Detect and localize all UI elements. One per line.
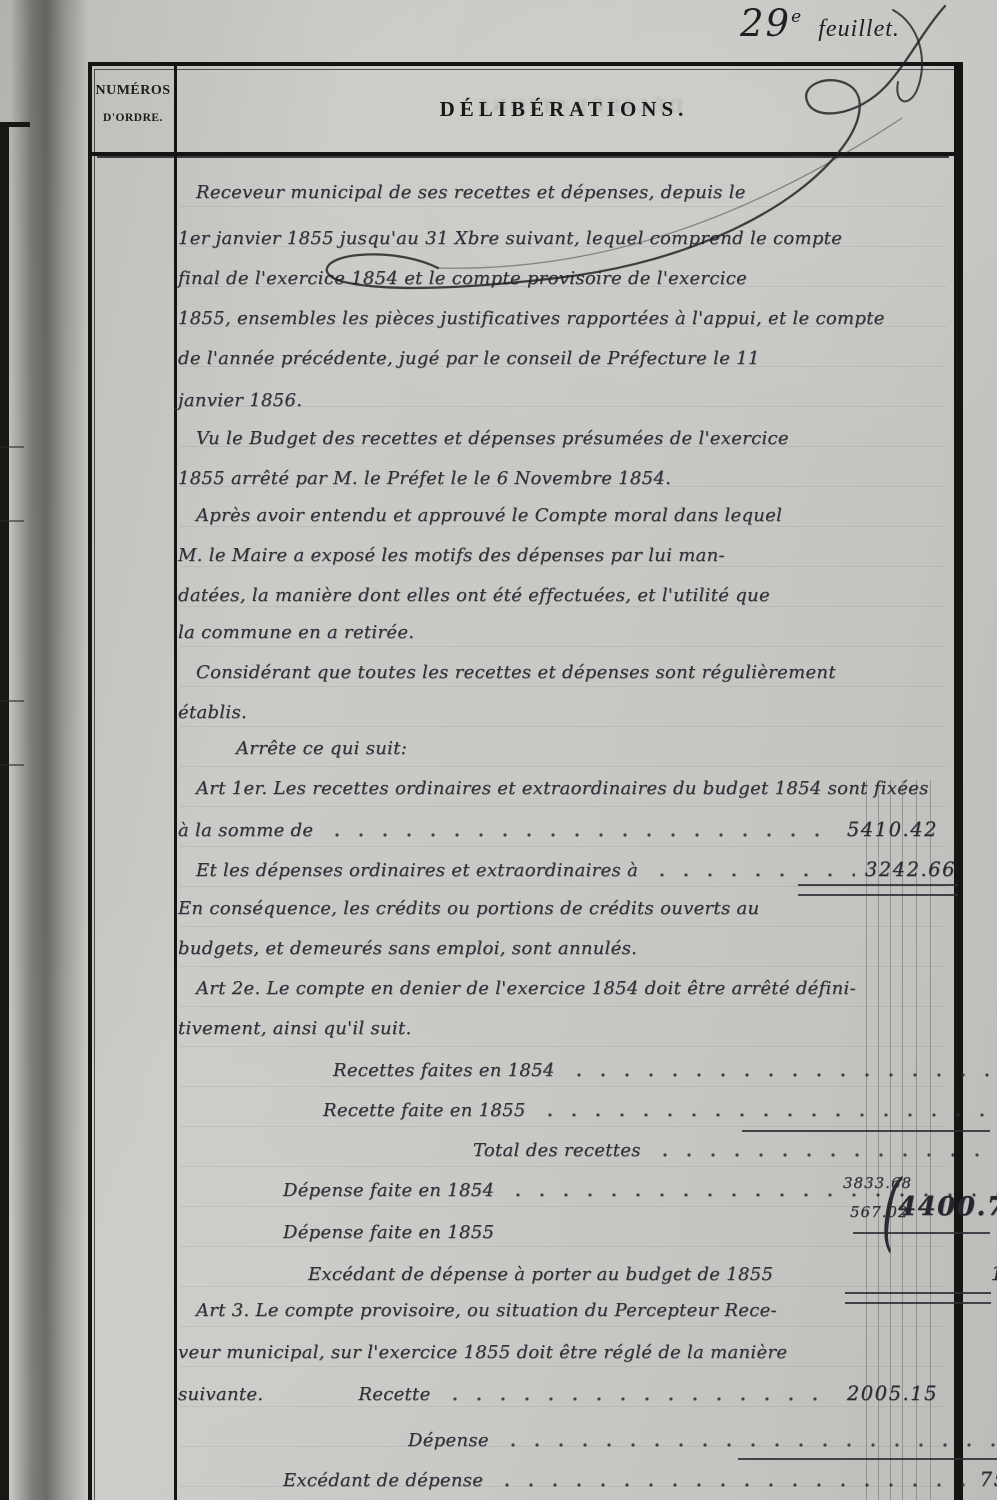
manuscript-text: 1er janvier 1855 jusqu'au 31 Xbre suivan… <box>178 228 842 249</box>
column-divider <box>174 152 177 1500</box>
manuscript-line: Dépense2190.07 <box>178 1428 997 1451</box>
manuscript-line: Arrête ce qui suit: <box>178 738 997 759</box>
manuscript-text: Art 2e. Le compte en denier de l'exercic… <box>196 978 856 999</box>
manuscript-text: veur municipal, sur l'exercice 1855 doit… <box>178 1342 787 1363</box>
manuscript-text: Art 3. Le compte provisoire, ou situatio… <box>196 1300 777 1321</box>
manuscript-line: Excédant de dépense75.92 <box>178 1468 997 1491</box>
manuscript-text: de l'année précédente, jugé par le conse… <box>178 348 760 369</box>
manuscript-text: Excédant de dépense <box>283 1470 483 1491</box>
amount-underline <box>738 1458 997 1460</box>
amount-value: 174.47 <box>991 1262 997 1285</box>
manuscript-line: M. le Maire a exposé les motifs des dépe… <box>178 545 952 566</box>
manuscript-text: Dépense faite en 1855 <box>283 1222 494 1243</box>
manuscript-line: 1855, ensembles les pièces justificative… <box>178 308 952 329</box>
manuscript-text: la commune en a retirée. <box>178 622 414 643</box>
depenses-total-amount: 4400.70 <box>898 1192 997 1222</box>
manuscript-text: Et les dépenses ordinaires et extraordin… <box>196 860 638 881</box>
manuscript-text: Considérant que toutes les recettes et d… <box>196 662 836 683</box>
manuscript-line: Receveur municipal de ses recettes et dé… <box>178 182 970 203</box>
manuscript-text: suivante. <box>178 1384 263 1405</box>
manuscript-line: En conséquence, les crédits ou portions … <box>178 898 952 919</box>
scanned-register-page: 29e feuillet. NUMÉROS D'ORDRE. DÉLIBÉRAT… <box>0 0 997 1500</box>
manuscript-text: M. le Maire a exposé les motifs des dépe… <box>178 545 725 566</box>
manuscript-line: budgets, et demeurés sans emploi, sont a… <box>178 938 952 959</box>
facing-page-border <box>0 126 9 1500</box>
amount-double-underline <box>845 1292 991 1304</box>
manuscript-line: veur municipal, sur l'exercice 1855 doit… <box>178 1342 952 1363</box>
manuscript-line: établis. <box>178 702 952 723</box>
manuscript-line: suivante.Recette2005.15 <box>178 1382 952 1405</box>
manuscript-text: Art 1er. Les recettes ordinaires et extr… <box>196 778 929 799</box>
dotted-leader <box>495 1470 969 1488</box>
manuscript-line: la commune en a retirée. <box>178 622 952 643</box>
amount-value: 5410.42 <box>847 818 938 841</box>
manuscript-line: Considérant que toutes les recettes et d… <box>178 662 970 683</box>
manuscript-text: datées, la manière dont elles ont été ef… <box>178 585 770 606</box>
numeros-label: NUMÉROS <box>92 83 174 99</box>
manuscript-text: Dépense <box>408 1430 489 1451</box>
manuscript-text: Recette faite en 1855 <box>323 1100 526 1121</box>
manuscript-line: Recettes faites en 18543661.66 <box>178 1058 997 1081</box>
manuscript-line: 1er janvier 1855 jusqu'au 31 Xbre suivan… <box>178 228 952 249</box>
manuscript-line: tivement, ainsi qu'il suit. <box>178 1018 952 1039</box>
manuscript-line: Et les dépenses ordinaires et extraordin… <box>178 858 970 881</box>
manuscript-lines: Receveur municipal de ses recettes et dé… <box>178 0 952 1500</box>
dotted-leader <box>653 1140 997 1158</box>
amount-underline <box>742 1130 990 1132</box>
manuscript-line: datées, la manière dont elles ont été ef… <box>178 585 952 606</box>
manuscript-text: 1855, ensembles les pièces justificative… <box>178 308 885 329</box>
manuscript-text: Recettes faites en 1854 <box>333 1060 555 1081</box>
amount-underline <box>853 1232 990 1234</box>
manuscript-text: budgets, et demeurés sans emploi, sont a… <box>178 938 637 959</box>
amount-value: 2005.15 <box>847 1382 938 1405</box>
manuscript-line: à la somme de5410.42 <box>178 818 952 841</box>
manuscript-text: Dépense faite en 1854 <box>283 1180 494 1201</box>
manuscript-text: janvier 1856. <box>178 390 302 411</box>
manuscript-text: Total des recettes <box>473 1140 641 1161</box>
numeros-dordre-header: NUMÉROS D'ORDRE. <box>92 66 177 152</box>
manuscript-text: tivement, ainsi qu'il suit. <box>178 1018 412 1039</box>
dordre-label: D'ORDRE. <box>92 112 174 124</box>
manuscript-text: final de l'exercice 1854 et le compte pr… <box>178 268 747 289</box>
dotted-leader <box>650 860 855 878</box>
manuscript-line: final de l'exercice 1854 et le compte pr… <box>178 268 952 289</box>
manuscript-text: Vu le Budget des recettes et dépenses pr… <box>196 428 789 449</box>
manuscript-line: Art 1er. Les recettes ordinaires et extr… <box>178 778 970 799</box>
manuscript-text: 1855 arrêté par M. le Préfet le le 6 Nov… <box>178 468 671 489</box>
manuscript-line: Après avoir entendu et approuvé le Compt… <box>178 505 970 526</box>
manuscript-text: En conséquence, les crédits ou portions … <box>178 898 759 919</box>
amount-value: 75.92 <box>980 1468 997 1491</box>
manuscript-line: Excédant de dépense à porter au budget d… <box>178 1262 997 1285</box>
manuscript-text: Receveur municipal de ses recettes et dé… <box>196 182 746 203</box>
dotted-leader <box>443 1384 837 1402</box>
manuscript-text: Après avoir entendu et approuvé le Compt… <box>196 505 782 526</box>
book-gutter-shadow <box>10 0 88 1500</box>
manuscript-line: janvier 1856. <box>178 390 952 411</box>
dotted-leader <box>325 820 837 838</box>
manuscript-text: Arrête ce qui suit: <box>236 738 407 759</box>
dotted-leader <box>567 1060 992 1078</box>
manuscript-line: Recette faite en 1855564.57 <box>178 1098 997 1121</box>
manuscript-text: à la somme de <box>178 820 313 841</box>
dotted-leader <box>501 1430 997 1448</box>
manuscript-text: établis. <box>178 702 247 723</box>
manuscript-line: Total des recettes4226.23 <box>178 1138 997 1161</box>
manuscript-line: 1855 arrêté par M. le Préfet le le 6 Nov… <box>178 468 952 489</box>
manuscript-text: Excédant de dépense à porter au budget d… <box>308 1264 773 1285</box>
manuscript-text: Recette <box>358 1384 430 1405</box>
manuscript-line: Art 2e. Le compte en denier de l'exercic… <box>178 978 970 999</box>
amount-value: 3242.66 <box>865 858 956 881</box>
manuscript-line: de l'année précédente, jugé par le conse… <box>178 348 952 369</box>
manuscript-line: Vu le Budget des recettes et dépenses pr… <box>178 428 970 449</box>
amount-double-underline <box>798 884 958 896</box>
dotted-leader <box>538 1100 996 1118</box>
